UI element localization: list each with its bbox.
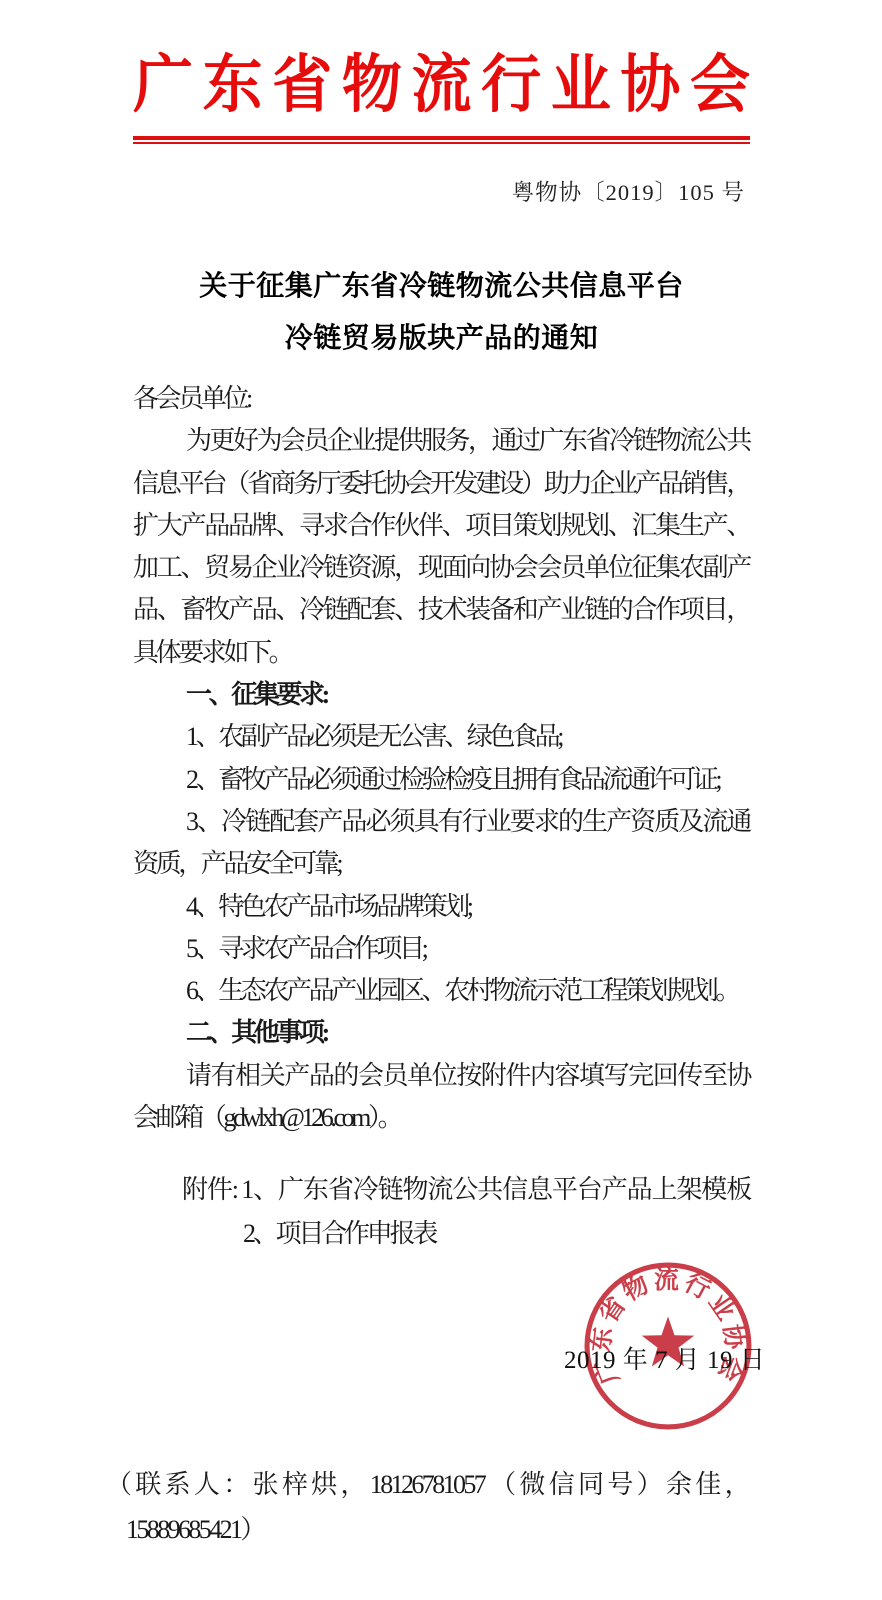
org-name-title: 广东省物流行业协会: [133, 46, 750, 125]
body-line: 品、畜牧产品、冷链配套、技术装备和产业链的合作项目，: [133, 589, 749, 631]
body-line: 具体要求如下。: [133, 632, 749, 674]
body-line: 2、畜牧产品必须通过检验检疫且拥有食品流通许可证;: [133, 759, 749, 801]
body-line: 1、农副产品必须是无公害、绿色食品;: [133, 716, 749, 758]
body-line: 扩大产品品牌、寻求合作伙伴、项目策划规划、汇集生产、: [133, 505, 749, 547]
body-line: 为更好为会员企业提供服务，通过广东省冷链物流公共: [133, 420, 749, 462]
body-line: 4、特色农产品市场品牌策划;: [133, 886, 749, 928]
body-text: 各会员单位:为更好为会员企业提供服务，通过广东省冷链物流公共信息平台（省商务厅委…: [133, 378, 749, 1139]
body-line: 会邮箱（gdwlxh@126.com）。: [133, 1097, 749, 1139]
body-line: 一、征集要求:: [133, 674, 749, 716]
notice-title: 关于征集广东省冷链物流公共信息平台 冷链贸易版块产品的通知: [133, 261, 750, 365]
body-line: 3、冷链配套产品必须具有行业要求的生产资质及流通: [133, 801, 749, 843]
body-line: 6、生态农产品产业园区、农村物流示范工程策划规划。: [133, 970, 749, 1012]
red-divider-thin-line: [133, 142, 750, 144]
notice-title-line1: 关于征集广东省冷链物流公共信息平台: [133, 261, 750, 313]
notice-title-line2: 冷链贸易版块产品的通知: [133, 313, 750, 365]
body-line: 请有相关产品的会员单位按附件内容填写完回传至协: [133, 1055, 749, 1097]
attachment-line-1: 附件: 1、广东省冷链物流公共信息平台产品上架模板: [133, 1168, 749, 1212]
red-divider: [133, 136, 750, 144]
body-line: 各会员单位:: [133, 378, 749, 420]
contact-line-1: （联系人：张梓烘，18126781057（微信同号）余佳，: [106, 1462, 748, 1507]
issue-date: 2019 年 7 月 19 日: [564, 1340, 765, 1376]
document-page: 广东省物流行业协会 粤物协〔2019〕105 号 关于征集广东省冷链物流公共信息…: [0, 0, 882, 1600]
body-line: 信息平台（省商务厅委托协会开发建设）助力企业产品销售，: [133, 463, 749, 505]
doc-number: 粤物协〔2019〕105 号: [133, 175, 745, 207]
body-line: 二、其他事项:: [133, 1012, 749, 1054]
attachment-line-2: 2、项目合作申报表: [133, 1212, 749, 1256]
attachments-block: 附件: 1、广东省冷链物流公共信息平台产品上架模板 2、项目合作申报表: [133, 1168, 749, 1256]
body-line: 加工、贸易企业冷链资源，现面向协会会员单位征集农副产: [133, 547, 749, 589]
contact-info: （联系人：张梓烘，18126781057（微信同号）余佳， 1588968542…: [106, 1462, 748, 1552]
body-line: 5、寻求农产品合作项目;: [133, 928, 749, 970]
contact-line-2: 15889685421）: [106, 1507, 748, 1552]
body-line: 资质，产品安全可靠;: [133, 843, 749, 885]
